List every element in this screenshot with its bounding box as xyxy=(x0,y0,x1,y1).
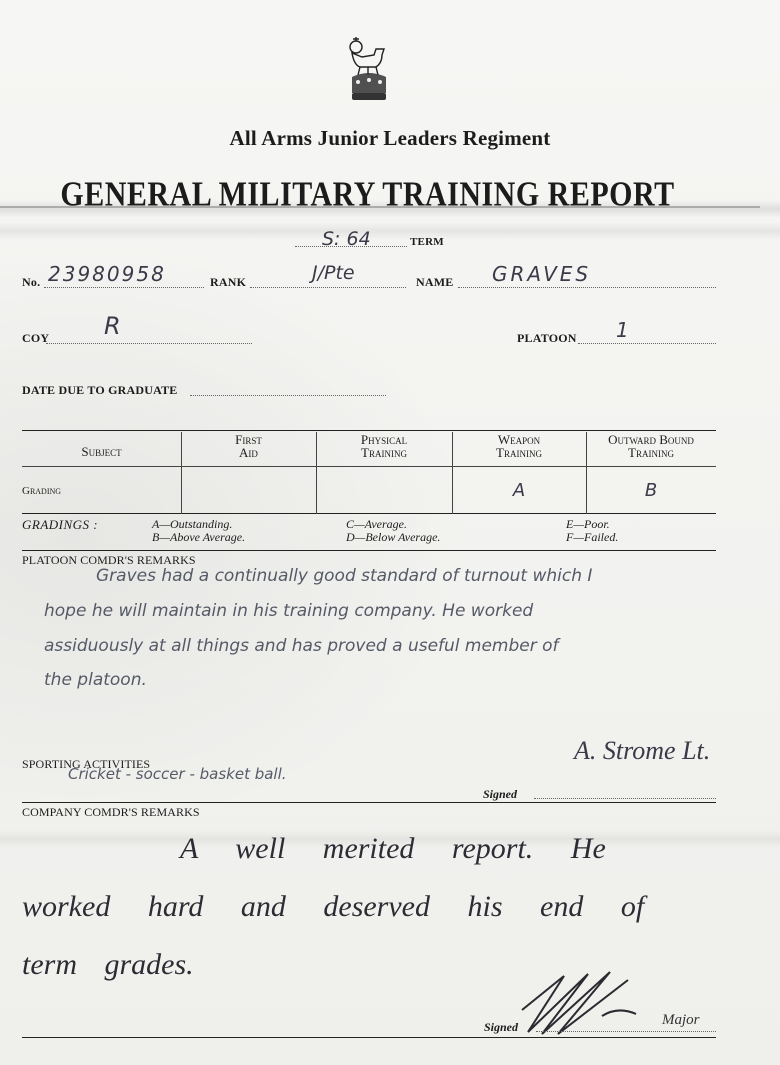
date-due-label: DATE DUE TO GRADUATE xyxy=(22,383,177,398)
organization-name: All Arms Junior Leaders Regiment xyxy=(0,126,780,151)
sporting-activities-value: Cricket - soccer - basket ball. xyxy=(68,765,287,783)
platoon-remarks-line: the platoon. xyxy=(44,670,147,690)
grade-b-key: B—Above Average. xyxy=(152,531,245,544)
platoon-signed-label: Signed xyxy=(483,788,517,801)
grade-f-key: F—Failed. xyxy=(566,531,618,544)
platoon-commander-signature: A. Strome Lt. xyxy=(574,736,710,766)
name-label: NAME xyxy=(416,275,453,290)
bottom-rule xyxy=(22,1037,716,1038)
name-field-line xyxy=(458,287,716,288)
report-title: GENERAL MILITARY TRAINING REPORT xyxy=(0,175,735,214)
rank-value: J/Pte xyxy=(312,262,355,284)
table-mid-rule xyxy=(22,466,716,467)
platoon-signature-line xyxy=(534,798,716,799)
rank-label: RANK xyxy=(210,275,246,290)
key-bottom-rule xyxy=(22,550,716,551)
platoon-remarks-line: assiduously at all things and has proved… xyxy=(44,636,559,656)
table-bottom-rule xyxy=(22,513,716,514)
company-remarks-label: COMPANY COMDR'S REMARKS xyxy=(22,805,200,820)
coy-value: R xyxy=(104,312,121,340)
company-remarks-line: term grades. xyxy=(22,948,194,982)
company-signed-label: Signed xyxy=(484,1021,518,1034)
weapon-training-header-line2: Training xyxy=(452,446,586,460)
grade-d-key: D—Below Average. xyxy=(346,531,440,544)
company-commander-rank: Major xyxy=(662,1012,700,1029)
number-field-line xyxy=(44,287,204,288)
platoon-value: 1 xyxy=(616,318,629,342)
subject-header: Subject xyxy=(22,445,181,459)
section-divider xyxy=(22,802,716,803)
royal-crest-icon xyxy=(346,35,392,107)
weapon-training-grade: A xyxy=(452,480,586,501)
gradings-label: GRADINGS : xyxy=(22,518,98,531)
first-aid-header-line2: Aid xyxy=(181,446,316,460)
company-remarks-line: A well merited report. He xyxy=(180,832,606,866)
outward-bound-header-line2: Training xyxy=(586,446,716,460)
service-number-value: 23980958 xyxy=(48,262,166,286)
table-top-rule xyxy=(22,430,716,431)
outward-bound-grade: B xyxy=(586,480,716,501)
name-value: GRAVES xyxy=(492,262,591,286)
platoon-label: PLATOON xyxy=(517,331,577,346)
number-label: No. xyxy=(22,275,40,290)
rank-field-line xyxy=(250,287,406,288)
platoon-remarks-line: Graves had a continually good standard o… xyxy=(96,566,592,586)
platoon-remarks-line: hope he will maintain in his training co… xyxy=(44,601,533,621)
term-value: S: 64 xyxy=(322,228,371,250)
term-label: TERM xyxy=(410,236,444,248)
title-underline xyxy=(0,206,760,208)
date-due-field-line xyxy=(190,395,386,396)
physical-training-header-line2: Training xyxy=(316,446,452,460)
company-signature-line xyxy=(536,1031,716,1032)
grading-row-label: Grading xyxy=(22,484,82,498)
paper-smudge xyxy=(0,222,780,240)
platoon-field-line xyxy=(578,343,716,344)
coy-field-line xyxy=(46,343,252,344)
company-remarks-line: worked hard and deserved his end of xyxy=(22,890,644,924)
